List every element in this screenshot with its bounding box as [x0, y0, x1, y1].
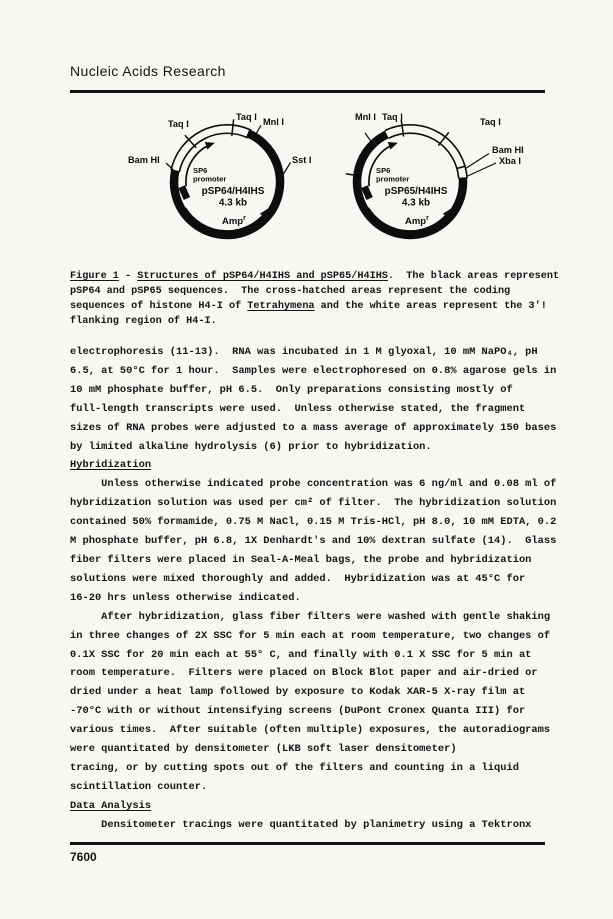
amp-superscript: r	[243, 215, 246, 222]
plasmid-name: pSP64/H4IHS	[202, 186, 265, 197]
caption-line: sequences of histone H4-I of Tetrahymena…	[70, 299, 559, 314]
body-line: dried under a heat lamp followed by expo…	[70, 683, 556, 702]
taq-site-label: Taq I	[382, 112, 403, 122]
amp-text: Amp	[222, 216, 243, 227]
bam-xba-box-cap	[459, 178, 467, 179]
body-line: contained 50% formamide, 0.75 M NaCl, 0.…	[70, 513, 556, 532]
body-line: 16-20 hrs unless otherwise indicated.	[70, 589, 556, 608]
sst-site-label: Sst I	[292, 155, 311, 165]
promoter-label: promoter	[376, 175, 409, 184]
caption-line: flanking region of H4-I.	[70, 314, 559, 329]
section-heading: Hybridization	[70, 456, 556, 475]
page-number: 7600	[70, 850, 97, 864]
footer-rule	[70, 842, 545, 845]
body-line: 0.1X SSC for 20 min each at 55° C, and f…	[70, 646, 556, 665]
body-line: 6.5, at 50°C for 1 hour. Samples were el…	[70, 362, 556, 381]
body-line: various times. After suitable (often mul…	[70, 721, 556, 740]
mnl-site-label: Mnl I	[263, 117, 284, 127]
taq-site-label: Taq I	[168, 119, 189, 129]
section-heading: Data Analysis	[70, 797, 556, 816]
body-line: were quantitated by densitometer (LKB so…	[70, 740, 556, 759]
body-line: Densitometer tracings were quantitated b…	[70, 816, 556, 835]
taq-site-label: Taq I	[236, 112, 257, 122]
body-line: fiber filters were placed in Seal-A-Meal…	[70, 551, 556, 570]
plasmid-map-psp64: Taq I Taq I Mnl I Bam HI Sst I SP6 promo…	[128, 112, 311, 235]
flanking-outer-arc	[385, 125, 467, 178]
body-line: by limited alkaline hydrolysis (6) prior…	[70, 438, 556, 457]
body-line: solutions were mixed thoroughly and adde…	[70, 570, 556, 589]
bam-leader	[466, 154, 489, 169]
sst-leader	[283, 163, 290, 175]
bam-site-label: Bam HI	[128, 155, 160, 165]
bam-xba-box-cap	[457, 166, 465, 168]
caption-line: pSP64 and pSP65 sequences. The cross-hat…	[70, 284, 559, 299]
taq-site-label: Taq I	[480, 117, 501, 127]
figure-caption: Figure 1 - Structures of pSP64/H4IHS and…	[70, 269, 559, 329]
body-line: hybridization solution was used per cm² …	[70, 494, 556, 513]
sst-site-tick	[346, 174, 354, 175]
body-line: sizes of RNA probes were adjusted to a m…	[70, 419, 556, 438]
body-line: M phosphate buffer, pH 6.8, 1X Denhardt'…	[70, 532, 556, 551]
mnl-leader	[255, 125, 261, 134]
body-line: full-length transcripts were used. Unles…	[70, 400, 556, 419]
caption-line: Figure 1 - Structures of pSP64/H4IHS and…	[70, 269, 559, 284]
body-line: electrophoresis (11-13). RNA was incubat…	[70, 343, 556, 362]
body-line: tracing, or by cutting spots out of the …	[70, 759, 556, 778]
header-rule	[70, 90, 545, 93]
plasmid-name: pSP65/H4IHS	[385, 186, 448, 197]
body-line: -70°C with or without intensifying scree…	[70, 702, 556, 721]
amp-resistance-label: Ampr	[405, 215, 429, 227]
coding-region-arc	[375, 134, 387, 142]
promoter-label: promoter	[193, 175, 226, 184]
mnl-leader	[365, 133, 372, 143]
journal-title: Nucleic Acids Research	[70, 63, 226, 79]
body-line: After hybridization, glass fiber filters…	[70, 608, 556, 627]
plasmid-figure: Taq I Taq I Mnl I Bam HI Sst I SP6 promo…	[0, 100, 613, 265]
body-line: 10 mM phosphate buffer, pH 6.5. Only pre…	[70, 381, 556, 400]
body-line: scintillation counter.	[70, 778, 556, 797]
body-line: Unless otherwise indicated probe concent…	[70, 475, 556, 494]
xba-site-label: Xba I	[499, 156, 521, 166]
amp-superscript: r	[426, 215, 429, 222]
body-text: electrophoresis (11-13). RNA was incubat…	[70, 343, 556, 835]
plasmid-map-psp65: Mnl I Taq I Taq I Bam HI Xba I SP6 promo…	[346, 112, 524, 235]
body-line: room temperature. Filters were placed on…	[70, 664, 556, 683]
plasmid-size: 4.3 kb	[219, 198, 247, 209]
amp-text: Amp	[405, 216, 426, 227]
mnl-site-label: Mnl I	[355, 112, 376, 122]
body-line: in three changes of 2X SSC for 5 min eac…	[70, 627, 556, 646]
plasmid-size: 4.3 kb	[402, 198, 430, 209]
flanking-outer-arc	[171, 125, 251, 170]
amp-resistance-label: Ampr	[222, 215, 246, 227]
journal-page: Nucleic Acids Research Taq I Taq I Mnl I	[0, 0, 613, 919]
bam-site-label: Bam HI	[492, 145, 524, 155]
